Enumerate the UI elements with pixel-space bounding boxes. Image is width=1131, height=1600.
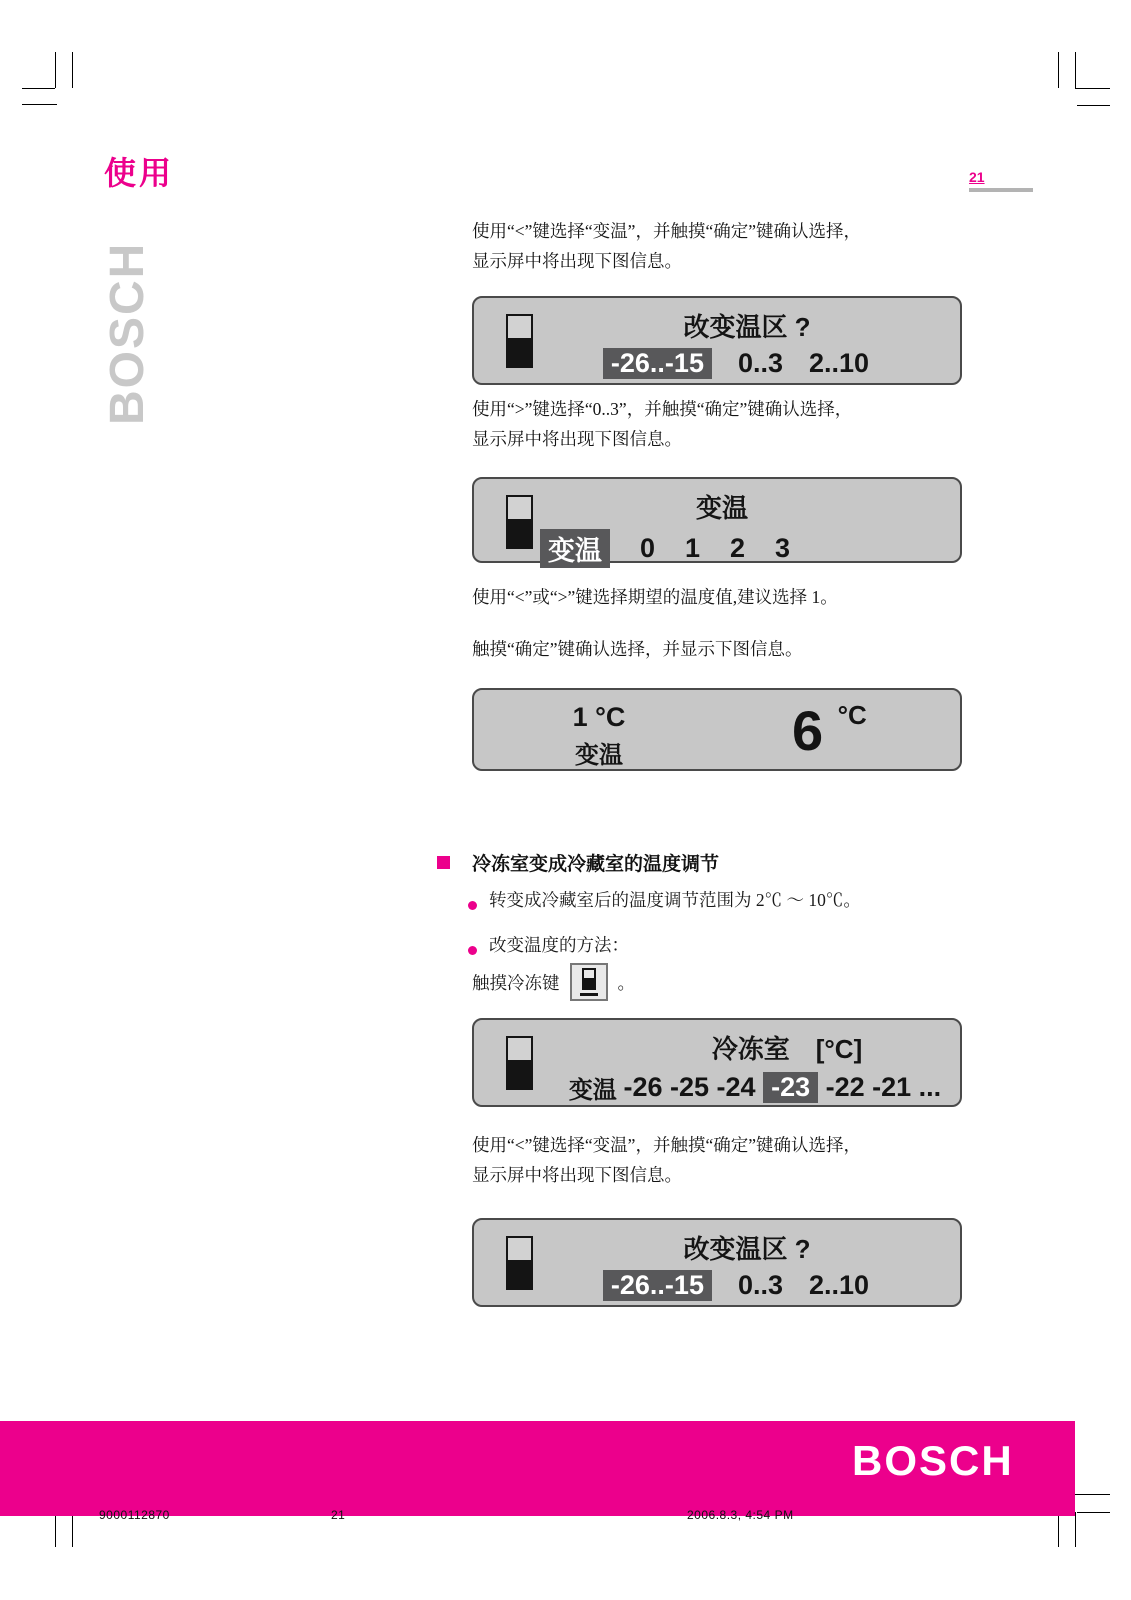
display-panel-freezer: 冷冻室 [°C] 变温 -26 -25 -24 -23 -22 -21 ...: [472, 1018, 962, 1107]
paragraph-line: 显示屏中将出现下图信息。: [472, 1160, 977, 1190]
crop-mark: [1075, 88, 1110, 89]
panel-options: 变温 -26 -25 -24 -23 -22 -21 ...: [550, 1070, 960, 1105]
footer-doc-number: 9000112870: [99, 1508, 170, 1522]
paragraph-line: 使用“<”或“>”键选择期望的温度值,建议选择 1。: [472, 582, 977, 612]
temp-value: 6: [792, 699, 823, 762]
option: ...: [919, 1072, 942, 1103]
touch-freezer-key-line: 触摸冷冻键 。: [472, 963, 635, 1001]
manual-page: 使用 21 BOSCH 使用“<”键选择“变温”，并触摸“确定”键确认选择， 显…: [0, 0, 1131, 1600]
panel-title: 变温: [484, 479, 960, 525]
crop-mark: [1075, 1494, 1110, 1495]
instruction-paragraph: 使用“>”键选择“0..3”，并触摸“确定”键确认选择， 显示屏中将出现下图信息…: [472, 394, 977, 454]
paragraph-line: 使用“<”键选择“变温”，并触摸“确定”键确认选择，: [472, 1130, 977, 1160]
option: 0..3: [738, 1270, 783, 1301]
crop-mark: [1058, 52, 1059, 88]
option: 2: [730, 533, 745, 564]
option: -24: [717, 1072, 764, 1103]
footer-page-number: 21: [331, 1508, 345, 1522]
crop-mark: [1077, 105, 1110, 106]
crop-mark: [72, 52, 73, 88]
freezer-zone-icon: [506, 495, 533, 549]
panel-title: 改变温区 ?: [534, 1220, 960, 1266]
instruction-paragraph: 触摸“确定”键确认选择，并显示下图信息。: [472, 634, 977, 664]
crop-mark: [1077, 1512, 1110, 1513]
footer-datetime: 2006.8.3, 4:54 PM: [687, 1508, 794, 1522]
variable-temp-readout: 1 °C 变温: [549, 702, 649, 770]
paragraph-line: 显示屏中将出现下图信息。: [472, 246, 977, 276]
page-number-underline: [969, 188, 1033, 192]
option-selected: 变温: [540, 529, 610, 568]
page-title: 使用: [104, 148, 174, 194]
side-bosch-logo: BOSCH: [100, 230, 155, 425]
option-selected: -26..-15: [603, 348, 712, 379]
bullet-dot: [468, 946, 477, 955]
option-selected: -23: [763, 1072, 818, 1103]
panel-title: 冷冻室 [°C]: [614, 1020, 960, 1066]
display-panel-change-zone: 改变温区 ? -26..-15 0..3 2..10: [472, 296, 962, 385]
paragraph-line: 使用“<”键选择“变温”，并触摸“确定”键确认选择，: [472, 216, 977, 246]
crop-mark: [1075, 52, 1076, 88]
bullet-dot: [468, 901, 477, 910]
crop-mark: [55, 1513, 56, 1547]
crop-mark: [22, 104, 57, 105]
panel-options: -26..-15 0..3 2..10: [512, 348, 960, 379]
freezer-zone-icon: [506, 314, 533, 368]
option-selected: -26..-15: [603, 1270, 712, 1301]
freezer-key-icon: [570, 963, 608, 1001]
display-panel-change-zone: 改变温区 ? -26..-15 0..3 2..10: [472, 1218, 962, 1307]
panel-options: -26..-15 0..3 2..10: [512, 1270, 960, 1301]
option: -21: [872, 1072, 919, 1103]
touch-text: 触摸冷冻键: [472, 970, 560, 995]
display-panel-temperatures: 1 °C 变温 6 °C: [472, 688, 962, 771]
option: -25: [670, 1072, 717, 1103]
paragraph-line: 显示屏中将出现下图信息。: [472, 424, 977, 454]
temp-label: 变温: [549, 735, 649, 770]
option: 1: [685, 533, 700, 564]
instruction-paragraph: 使用“<”键选择“变温”，并触摸“确定”键确认选择， 显示屏中将出现下图信息。: [472, 216, 977, 276]
temp-value: 1 °C: [549, 702, 649, 733]
option: 0: [640, 533, 655, 564]
crop-mark: [55, 52, 56, 88]
option: 3: [775, 533, 790, 564]
bullet-item: 改变温度的方法：: [489, 932, 629, 957]
option: 2..10: [809, 1270, 869, 1301]
bullet-item: 转变成冷藏室后的温度调节范围为 2℃ ～ 10℃。: [489, 887, 861, 912]
section-heading: 冷冻室变成冷藏室的温度调节: [472, 849, 719, 876]
paragraph-line: 使用“>”键选择“0..3”，并触摸“确定”键确认选择，: [472, 394, 977, 424]
instruction-paragraph: 使用“<”或“>”键选择期望的温度值,建议选择 1。: [472, 582, 977, 612]
option-prefix: 变温: [569, 1070, 624, 1105]
crop-mark: [1058, 1512, 1059, 1547]
temp-unit: °C: [838, 700, 867, 730]
freezer-temp-readout: 6 °C: [792, 700, 867, 759]
crop-mark: [1075, 1512, 1076, 1547]
freezer-zone-icon: [506, 1236, 533, 1290]
touch-text-end: 。: [618, 970, 636, 995]
display-panel-variable-temp: 变温 变温 0 1 2 3: [472, 477, 962, 563]
crop-mark: [72, 1513, 73, 1547]
crop-mark: [22, 88, 55, 89]
section-bullet-square: [437, 856, 450, 869]
panel-title: 改变温区 ?: [534, 298, 960, 344]
option: -22: [818, 1072, 872, 1103]
instruction-paragraph: 使用“<”键选择“变温”，并触摸“确定”键确认选择， 显示屏中将出现下图信息。: [472, 1130, 977, 1190]
paragraph-line: 触摸“确定”键确认选择，并显示下图信息。: [472, 634, 977, 664]
option: 2..10: [809, 348, 869, 379]
page-number: 21: [969, 169, 985, 185]
bosch-logo: BOSCH: [852, 1437, 1014, 1485]
freezer-zone-icon: [506, 1036, 533, 1090]
option: 0..3: [738, 348, 783, 379]
option: -26: [623, 1072, 670, 1103]
